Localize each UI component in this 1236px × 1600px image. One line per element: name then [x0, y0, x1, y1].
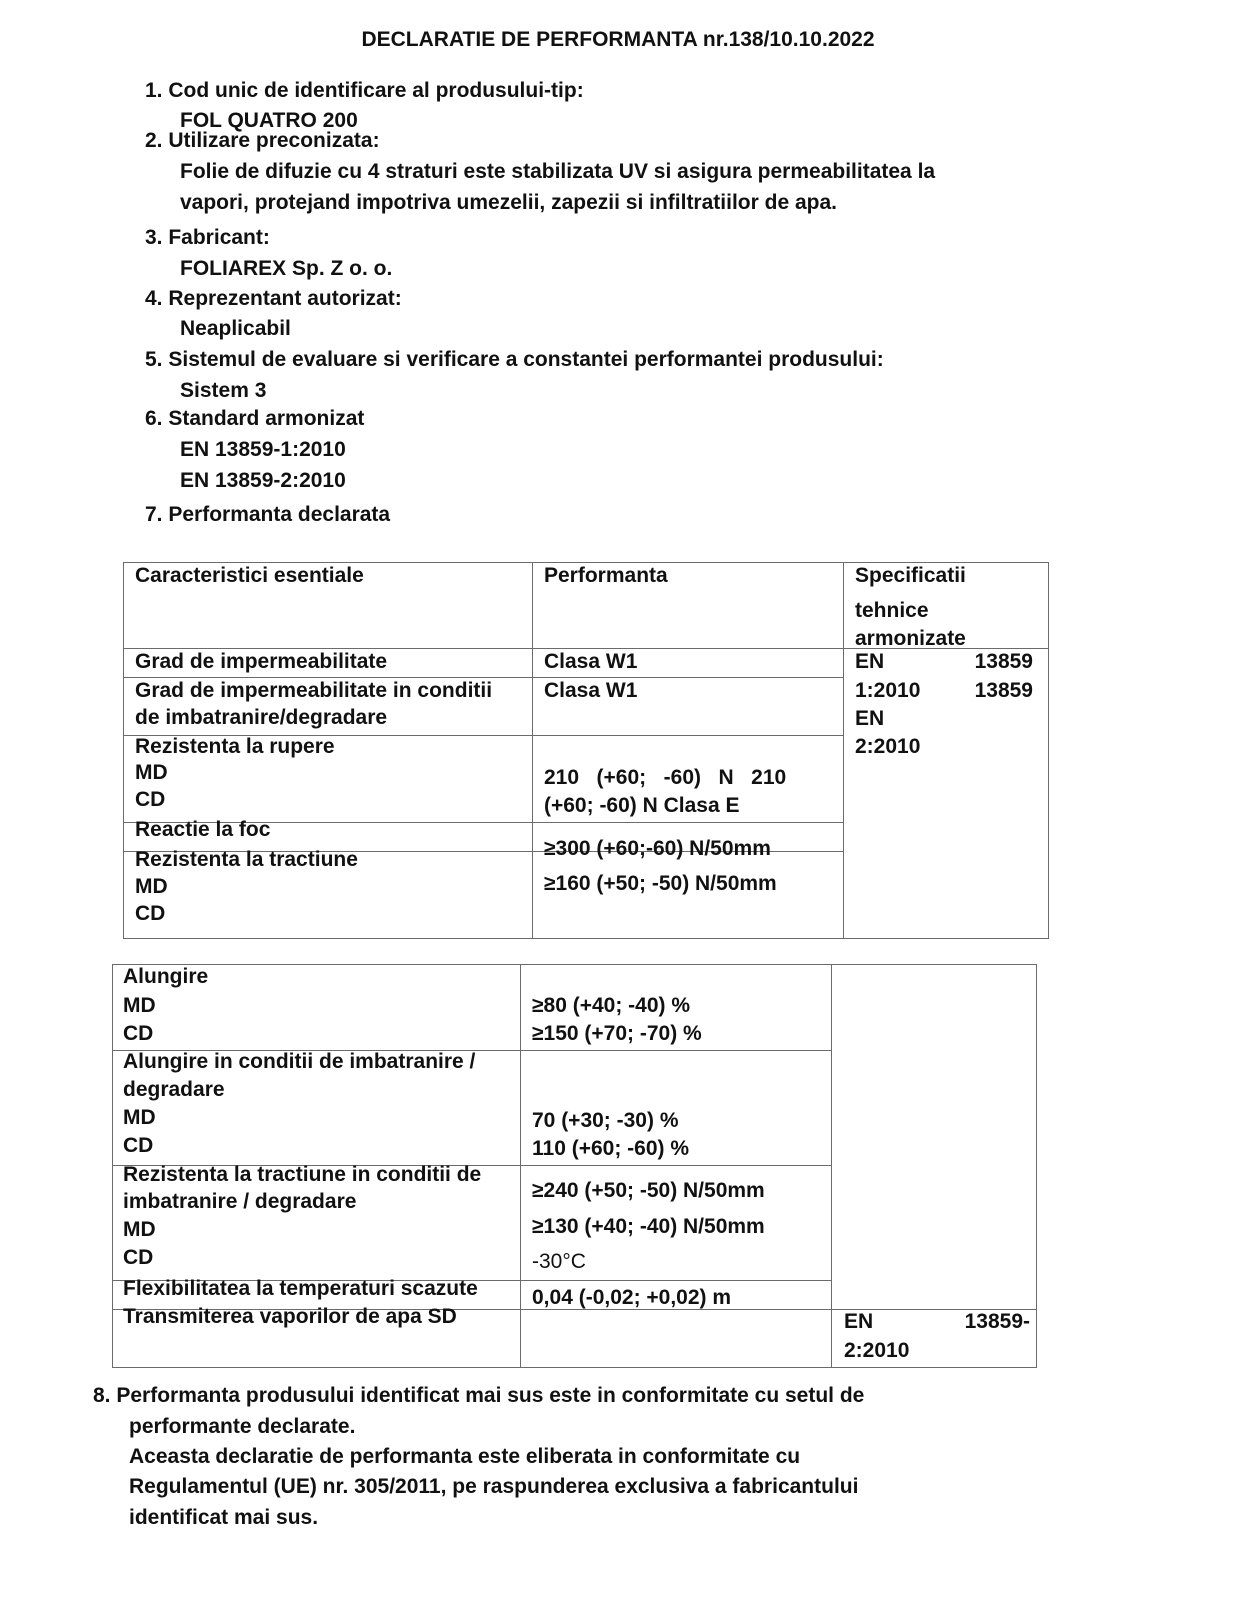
standard-2: EN 13859-2:2010	[180, 466, 346, 496]
section-6-heading: 6. Standard armonizat	[145, 404, 364, 434]
t2-row3-char-3: MD	[123, 1216, 156, 1244]
section-8-line-3: Aceasta declaratie de performanta este e…	[129, 1442, 800, 1472]
intended-use-line-1: Folie de difuzie cu 4 straturi este stab…	[180, 157, 935, 187]
t1-spec-line-1: EN13859	[855, 648, 1033, 676]
document-title: DECLARATIE DE PERFORMANTA nr.138/10.10.2…	[0, 28, 1236, 52]
t2-row2-char-1: Alungire in conditii de imbatranire /	[123, 1048, 475, 1076]
manufacturer-name: FOLIAREX Sp. Z o. o.	[180, 254, 392, 284]
t1-row1-perf: Clasa W1	[544, 648, 637, 676]
t2-row4-perf: 0,04 (-0,02; +0,02) m	[532, 1284, 731, 1312]
section-5-heading: 5. Sistemul de evaluare si verificare a …	[145, 345, 884, 375]
t2-row1-perf-1: ≥80 (+40; -40) %	[532, 992, 690, 1020]
t1-row3-char-3: CD	[135, 786, 165, 814]
t1-row2-char-1: Grad de impermeabilitate in conditii	[135, 677, 492, 705]
section-8-line-5: identificat mai sus.	[129, 1503, 318, 1533]
t2-row2-char-3: MD	[123, 1104, 156, 1132]
section-2-heading: 2. Utilizare preconizata:	[145, 126, 380, 156]
t2-row3-char-4: CD	[123, 1244, 153, 1272]
header-spec-line-2: tehnice	[855, 597, 929, 625]
t2-row1-char-3: CD	[123, 1020, 153, 1048]
section-1-heading: 1. Cod unic de identificare al produsulu…	[145, 76, 584, 106]
t1-row3-perf-1: 210 (+60; -60) N 210	[544, 764, 786, 792]
t2-row1-char-2: MD	[123, 992, 156, 1020]
t2-row5-char: Transmiterea vaporilor de apa SD	[123, 1303, 457, 1331]
t1-row3-char-1: Rezistenta la rupere	[135, 733, 335, 761]
header-performance: Performanta	[544, 562, 668, 590]
t1-row5-char-1: Rezistenta la tractiune	[135, 846, 358, 874]
t1-row2-perf: Clasa W1	[544, 677, 637, 705]
intended-use-line-2: vapori, protejand impotriva umezelii, za…	[180, 188, 837, 218]
section-8-line-4: Regulamentul (UE) nr. 305/2011, pe raspu…	[129, 1472, 858, 1502]
standard-1: EN 13859-1:2010	[180, 435, 346, 465]
t2-row2-perf-1: 70 (+30; -30) %	[532, 1107, 679, 1135]
header-spec-line-1: Specificatii	[855, 562, 966, 590]
t1-row2-char-2: de imbatranire/degradare	[135, 704, 387, 732]
t2-spec-line-2: 2:2010	[844, 1337, 909, 1365]
t1-row4-perf: ≥300 (+60;-60) N/50mm	[544, 835, 771, 863]
section-7-heading: 7. Performanta declarata	[145, 500, 390, 530]
t1-row5-perf: ≥160 (+50; -50) N/50mm	[544, 870, 777, 898]
t1-spec-line-2: 1:201013859	[855, 677, 1033, 705]
t1-row5-char-3: CD	[135, 900, 165, 928]
t2-row3-perf-2: ≥130 (+40; -40) N/50mm	[532, 1213, 765, 1241]
t1-row5-char-2: MD	[135, 873, 168, 901]
t2-row3-perf-3: -30°C	[532, 1248, 586, 1276]
t2-row2-perf-2: 110 (+60; -60) %	[532, 1135, 689, 1163]
header-characteristics: Caracteristici esentiale	[135, 562, 364, 590]
section-8-line-2: performante declarate.	[129, 1412, 355, 1442]
t1-row1-char: Grad de impermeabilitate	[135, 648, 387, 676]
t2-row1-perf-2: ≥150 (+70; -70) %	[532, 1020, 702, 1048]
section-4-heading: 4. Reprezentant autorizat:	[145, 284, 402, 314]
t2-row3-char-1: Rezistenta la tractiune in conditii de	[123, 1161, 481, 1189]
assessment-system-value: Sistem 3	[180, 376, 266, 406]
t1-spec-line-3: EN	[855, 705, 884, 733]
t2-row3-char-2: imbatranire / degradare	[123, 1188, 356, 1216]
t2-row4-char: Flexibilitatea la temperaturi scazute	[123, 1275, 478, 1303]
authorized-rep-value: Neaplicabil	[180, 314, 291, 344]
t2-row2-char-4: CD	[123, 1132, 153, 1160]
t1-row4-char: Reactie la foc	[135, 816, 270, 844]
t1-row3-char-2: MD	[135, 759, 168, 787]
section-8-line-1: 8. Performanta produsului identificat ma…	[93, 1381, 864, 1411]
t2-row1-char-1: Alungire	[123, 963, 208, 991]
t2-spec-line-1: EN13859-	[844, 1308, 1030, 1336]
section-3-heading: 3. Fabricant:	[145, 223, 270, 253]
t1-spec-line-4: 2:2010	[855, 733, 920, 761]
t2-row2-char-2: degradare	[123, 1076, 225, 1104]
t1-row3-perf-2: (+60; -60) N Clasa E	[544, 792, 740, 820]
t2-row3-perf-1: ≥240 (+50; -50) N/50mm	[532, 1177, 765, 1205]
